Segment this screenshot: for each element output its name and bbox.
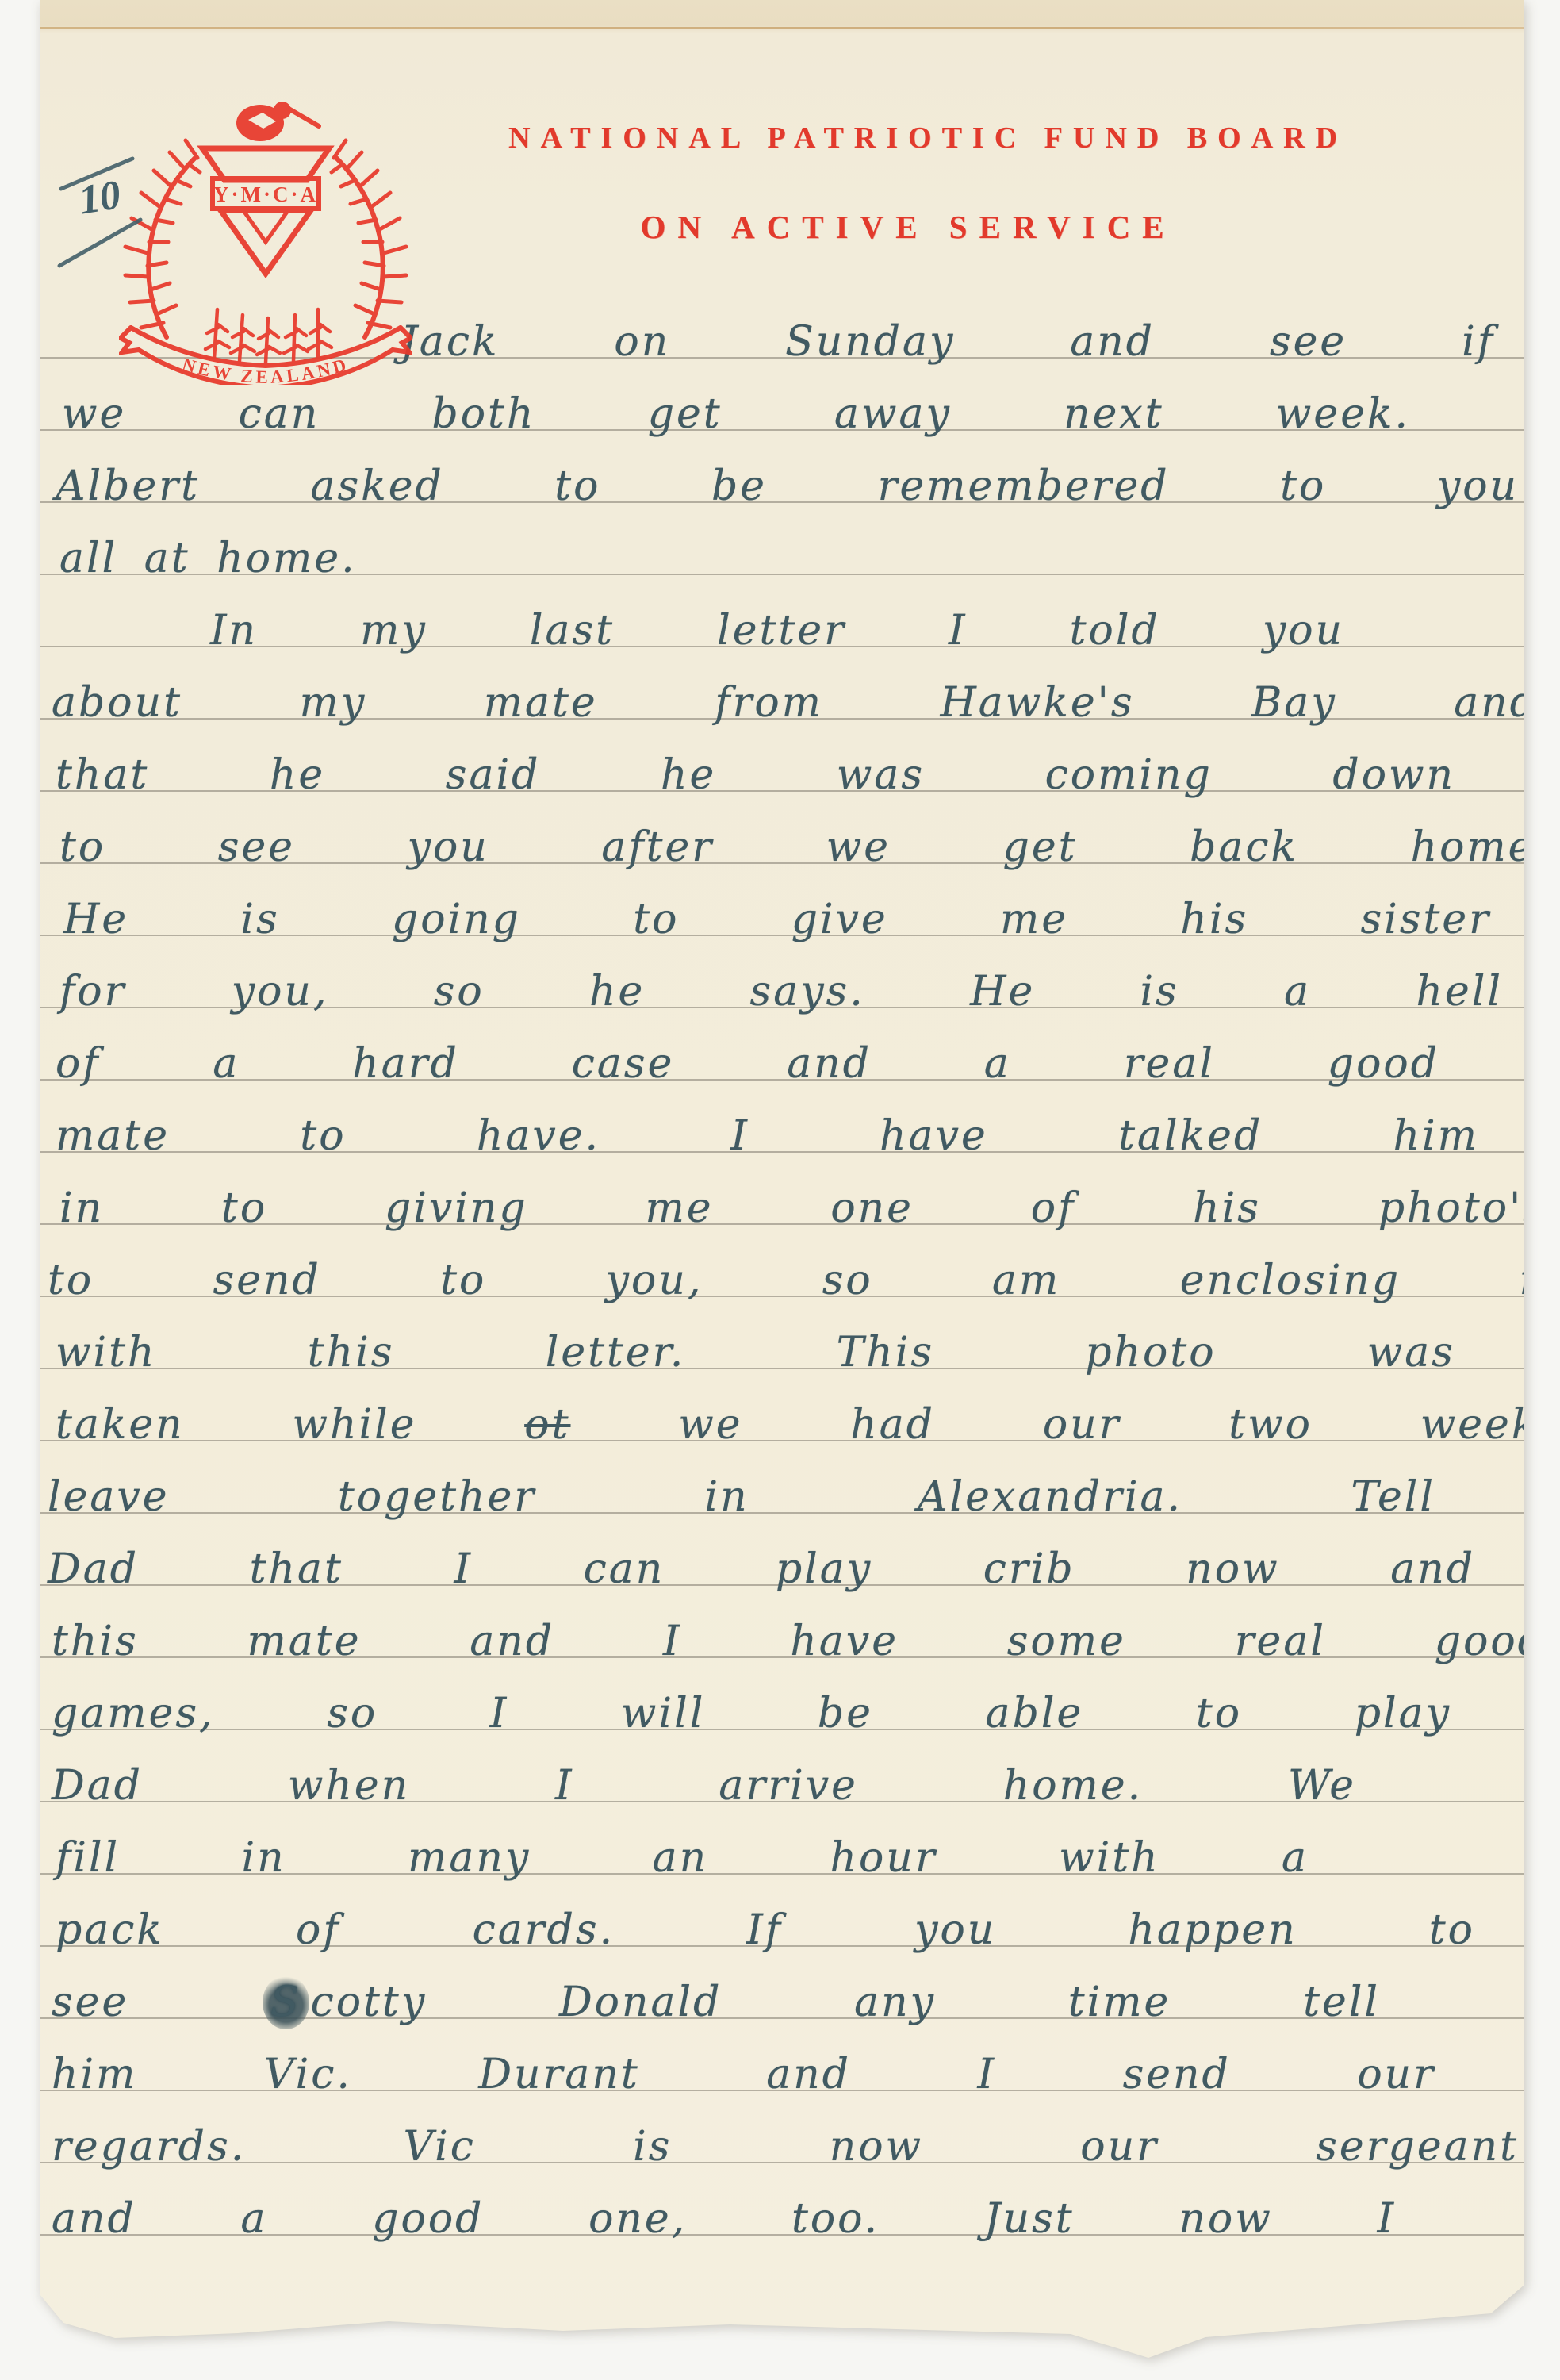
letterhead-subtitle: ON ACTIVE SERVICE	[603, 208, 1213, 246]
letter-line: in to giving me one of his photo's	[59, 1181, 1547, 1235]
letter-line: pack of cards. If you happen to	[56, 1903, 1475, 1957]
ink-blot: S	[263, 1975, 309, 2029]
letter-line: Albert asked to be remembered to you	[56, 459, 1519, 513]
letter-text: we had our two weeks	[570, 1401, 1560, 1449]
letter-line: Jack on Sunday and see if	[401, 315, 1495, 369]
annotation-slash-bottom	[59, 220, 140, 266]
letter-line: with this letter. This photo was	[56, 1326, 1455, 1380]
letter-text: taken while	[56, 1401, 524, 1449]
crest-trapezoid	[202, 148, 329, 180]
letter-line: of a hard case and a real good	[56, 1037, 1439, 1091]
letter-line: games, so I will be able to play	[52, 1687, 1451, 1741]
letter-line: He is going to give me his sister	[63, 892, 1491, 946]
red-triangle-icon	[220, 210, 311, 274]
letter-line: regards. Vic is now our sergeant	[52, 2120, 1519, 2174]
letter-line: taken while ot we had our two weeks	[56, 1398, 1560, 1452]
strikethrough-text: ot	[524, 1401, 570, 1449]
letter-line: we can both get away next week.	[62, 387, 1410, 441]
fern-wreath-right	[332, 140, 406, 337]
wheat-fronds	[205, 309, 332, 363]
letter-line: to send to you, so am enclosing it	[48, 1253, 1554, 1307]
annotation-number: 10	[76, 172, 124, 223]
ymca-label: Y·M·C·A	[213, 182, 318, 206]
letter-line: this mate and I have some real good	[52, 1614, 1547, 1668]
page-annotation: 10	[32, 135, 174, 294]
letter-line: him Vic. Durant and I send our	[52, 2048, 1435, 2102]
letter-line: for you, so he says. He is a hell	[59, 965, 1503, 1019]
letter-line: Dad when I arrive home. We	[52, 1759, 1356, 1813]
letter-line: fill in many an hour with a	[56, 1831, 1309, 1885]
letter-line: that he said he was coming down	[56, 748, 1455, 802]
fold-crease	[40, 27, 1524, 29]
letter-line: see Scotty Donald any time tell	[52, 1975, 1380, 2029]
letter-line: all at home.	[59, 532, 357, 585]
letter-line: leave together in Alexandria. Tell	[48, 1470, 1435, 1524]
letter-text: cotty Donald any time tell	[311, 1979, 1380, 2026]
letter-line: Dad that I can play crib now and	[48, 1542, 1475, 1596]
letter-line: mate to have. I have talked him	[56, 1109, 1479, 1163]
letter-text: see	[52, 1979, 261, 2026]
letterhead-title: NATIONAL PATRIOTIC FUND BOARD	[508, 121, 1348, 155]
kiwi-icon	[236, 102, 319, 141]
letter-line: and a good one, too. Just now I	[52, 2192, 1396, 2246]
letter-line: In my last letter I told you	[210, 604, 1344, 658]
letter-line: about my mate from Hawke's Bay and	[52, 676, 1539, 730]
letter-line: to see you after we get back home.	[59, 820, 1550, 874]
